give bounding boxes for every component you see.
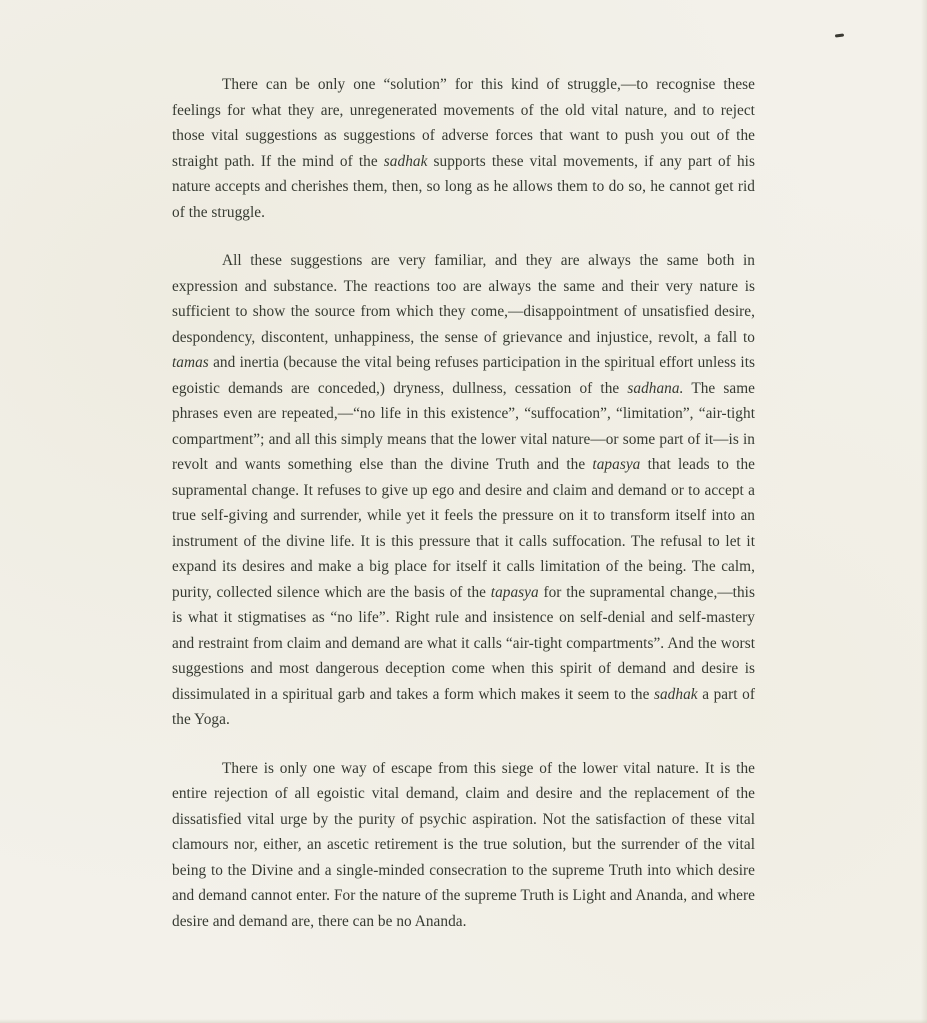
italic-term: tapasya — [491, 584, 539, 601]
paragraph-1: There can be only one “solution” for thi… — [172, 72, 755, 225]
italic-term: sadhak — [384, 153, 428, 170]
body-text: There can be only one “solution” for thi… — [172, 72, 755, 957]
italic-term: tapasya — [592, 456, 640, 473]
italic-term: sadhana. — [627, 380, 683, 397]
text-run: There is only one way of escape from thi… — [172, 760, 755, 930]
italic-term: sadhak — [654, 686, 698, 703]
paragraph-2: All these suggestions are very familiar,… — [172, 248, 755, 733]
page-edge-shadow-right — [921, 0, 927, 1023]
italic-term: tamas — [172, 354, 209, 371]
page-edge-shadow-bottom — [0, 1019, 927, 1023]
ink-speck-mark — [835, 33, 844, 37]
paragraph-3: There is only one way of escape from thi… — [172, 756, 755, 935]
text-run: that leads to the supramental change. It… — [172, 456, 755, 601]
scanned-page: There can be only one “solution” for thi… — [0, 0, 927, 1023]
text-run: All these suggestions are very familiar,… — [172, 252, 755, 346]
